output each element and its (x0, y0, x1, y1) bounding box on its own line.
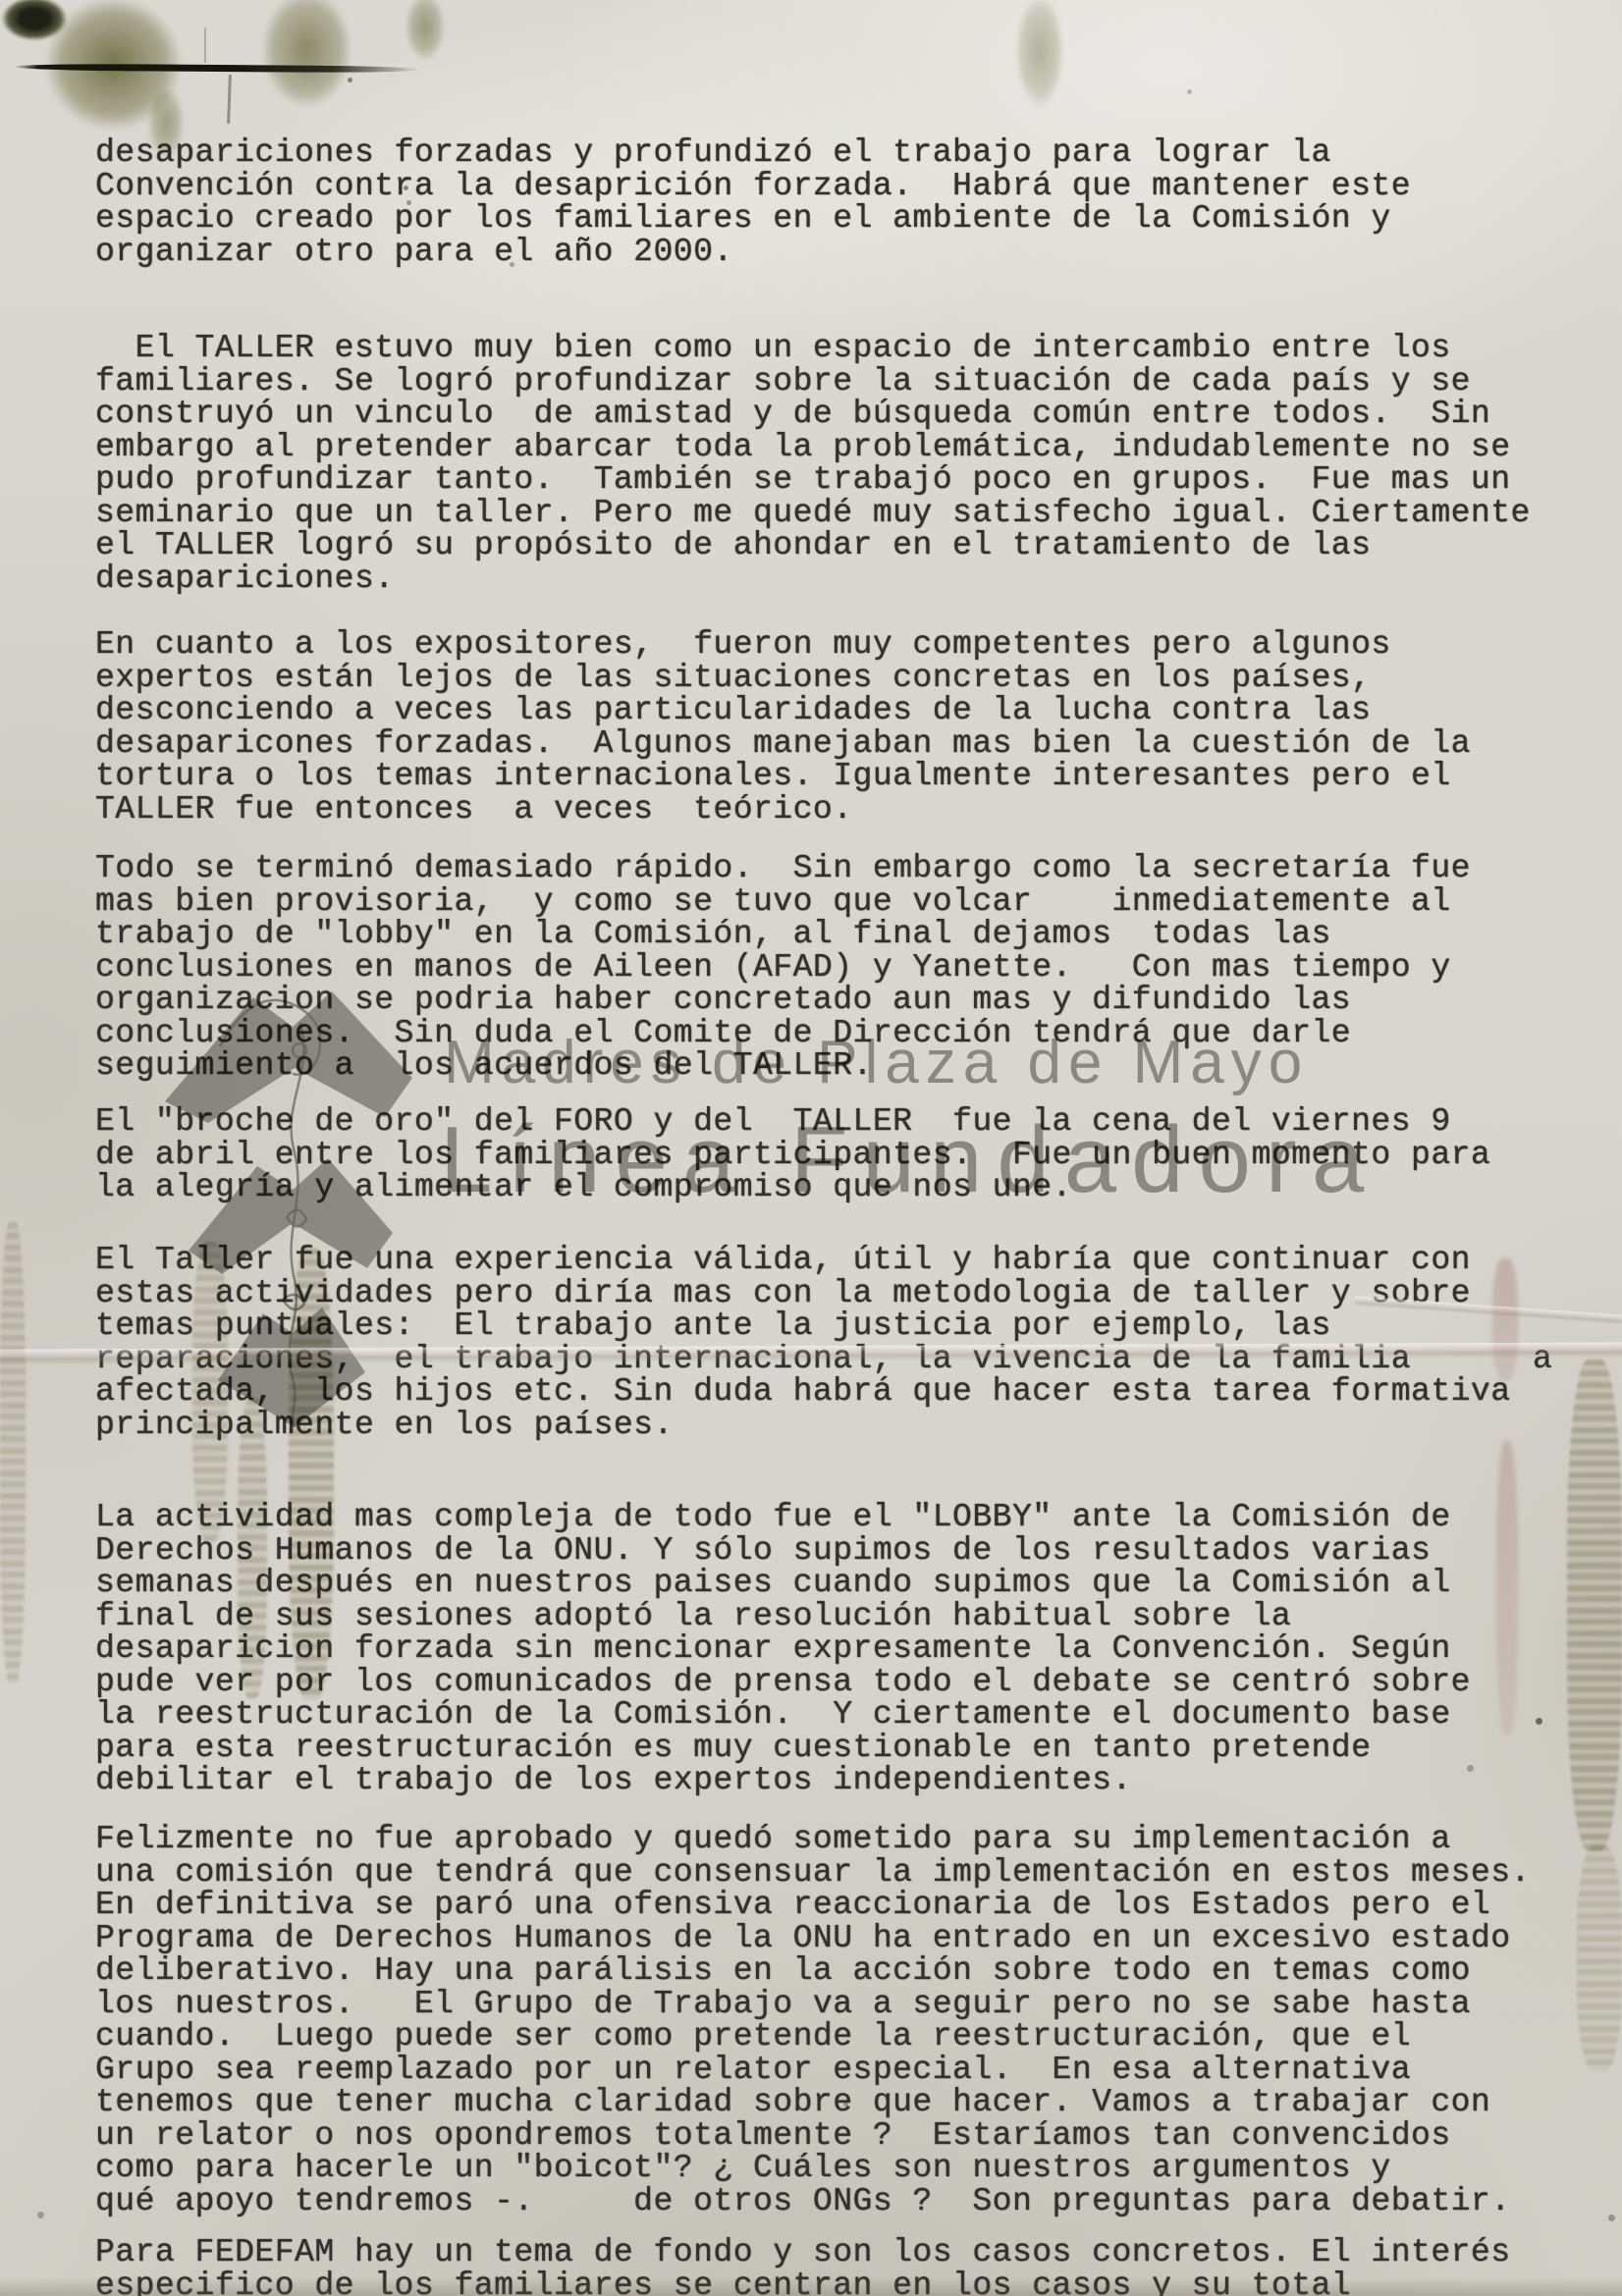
scan-tick-mark (227, 75, 232, 124)
paragraph-9: Para FEDEFAM hay un tema de fondo y son … (95, 2236, 1511, 2296)
right-edge-stain (1567, 1360, 1622, 1850)
scan-tick-mark (204, 27, 206, 63)
paragraph-8: Felizmente no fue aprobado y quedó somet… (95, 1823, 1531, 2217)
madres-panuelo-logo-icon (155, 984, 430, 1435)
green-stain (1009, 0, 1070, 123)
watermark-organization-name: Madres de Plaza de Mayo (444, 1033, 1309, 1094)
green-stain (27, 0, 199, 147)
paragraph-7: La actividad mas compleja de todo fue el… (95, 1501, 1471, 1797)
scanned-letter-page: desapariciones forzadas y profundizó el … (0, 0, 1622, 2296)
paragraph-2: El TALLER estuvo muy bien como un espaci… (95, 332, 1531, 595)
corner-ink-blob (0, 0, 77, 47)
paper-specks (0, 0, 3, 3)
green-stain (250, 0, 363, 123)
left-edge-stain (0, 1222, 26, 1683)
scan-line-artifact (14, 64, 420, 74)
green-stain (401, 0, 450, 69)
stray-typed-character: a (1533, 1341, 1552, 1377)
right-edge-stain (1577, 1845, 1622, 2071)
paragraph-3: En cuanto a los expositores, fueron muy … (95, 628, 1471, 826)
watermark-linea-fundadora: Línea Fundadora (440, 1113, 1379, 1207)
paragraph-1: desapariciones forzadas y profundizó el … (95, 136, 1411, 268)
pink-streak-stain (1496, 1441, 1518, 1735)
